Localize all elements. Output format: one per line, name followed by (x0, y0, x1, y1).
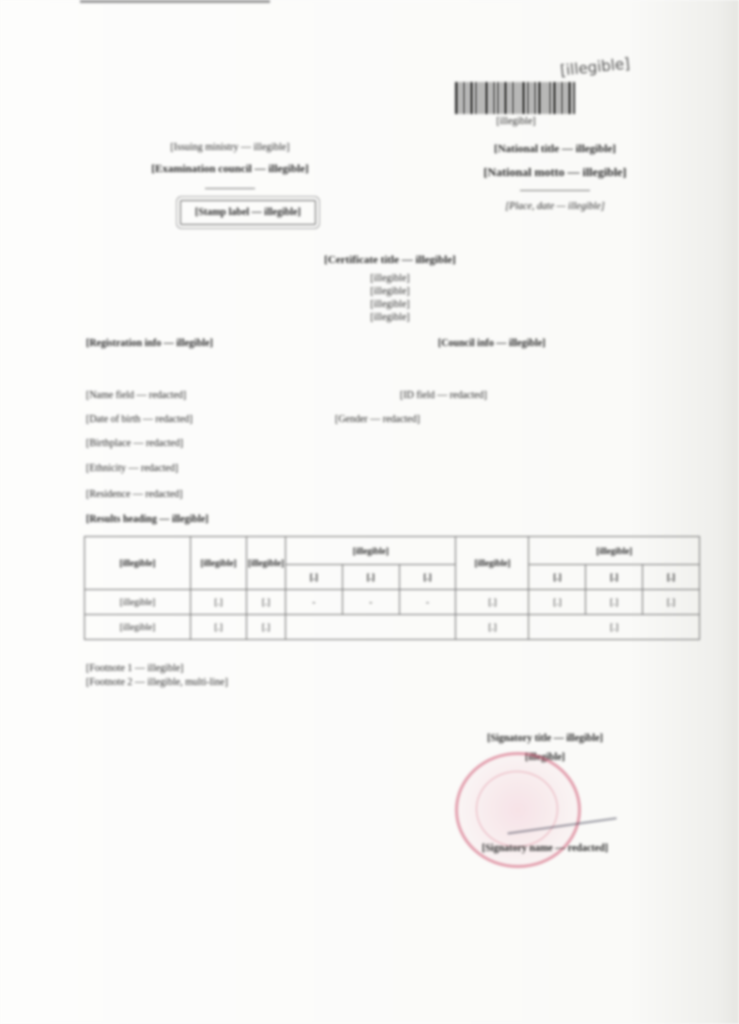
table-row: [illegible] [.] [.] [.] [.] (85, 615, 700, 640)
cell: - (342, 590, 399, 615)
header-a-sub: [.] (342, 565, 399, 590)
candidate-dob: [Date of birth — redacted] (86, 414, 193, 425)
divider (520, 190, 590, 191)
subtitle-line: [illegible] (200, 311, 580, 324)
registration-location: [Registration info — illegible] (86, 338, 386, 349)
candidate-name: [Name field — redacted] (86, 390, 186, 401)
candidate-residence: [Residence — redacted] (86, 489, 183, 500)
candidate-id: [ID field — redacted] (400, 390, 487, 401)
cell: [.] (456, 615, 529, 640)
handwritten-note: [illegible] (559, 54, 631, 79)
header-b-sub: [.] (529, 565, 586, 590)
row-label: [illegible] (85, 590, 191, 615)
place-and-date: [Place, date — illegible] (395, 201, 715, 212)
divider (205, 188, 255, 189)
cell: [.] (247, 615, 286, 640)
header-col3: [illegible] (247, 537, 286, 590)
footnote: [Footnote 1 — illegible] (86, 662, 706, 676)
copy-stamp-label: [Stamp label — illegible] (180, 200, 316, 225)
scan-edge-line (80, 0, 270, 3)
national-motto: [National motto — illegible] (395, 165, 715, 180)
subtitle-line: [illegible] (200, 272, 580, 285)
footnotes: [Footnote 1 — illegible] [Footnote 2 — i… (86, 662, 706, 690)
cell: [.] (191, 615, 247, 640)
row-label: [illegible] (85, 615, 191, 640)
barcode: [illegible] (455, 82, 577, 127)
cell: [.] (247, 590, 286, 615)
copy-stamp-box: [Stamp label — illegible] (180, 200, 316, 225)
barcode-caption: [illegible] (455, 116, 577, 127)
cell: [.] (586, 590, 643, 615)
subtitle-line: [illegible] (200, 285, 580, 298)
cell: - (286, 590, 343, 615)
header-mid: [illegible] (456, 537, 529, 590)
header-col2: [illegible] (191, 537, 247, 590)
table-row: [illegible] [.] [.] - - - [.] [.] [.] [.… (85, 590, 700, 615)
signatory-name: [Signatory name — redacted] (470, 843, 620, 854)
candidate-ethnicity: [Ethnicity — redacted] (86, 463, 178, 474)
cell: [.] (643, 590, 700, 615)
header-a-sub: [.] (399, 565, 456, 590)
cell: [.] (191, 590, 247, 615)
cell: [.] (456, 590, 529, 615)
issuing-ministry: [Issuing ministry — illegible] (60, 142, 400, 153)
candidate-gender: [Gender — redacted] (335, 414, 420, 425)
signatory-title: [Signatory title — illegible] (430, 733, 660, 744)
header-group-a: [illegible] (286, 537, 456, 565)
national-title: [National title — illegible] (395, 143, 715, 155)
header-group-b: [illegible] (529, 537, 700, 565)
certificate-title: [Certificate title — illegible] (200, 254, 580, 266)
exam-council-name: [Examination council — illegible] (60, 163, 400, 175)
cell: [.] (529, 590, 586, 615)
header-b-sub: [.] (586, 565, 643, 590)
exam-council-info: [Council info — illegible] (438, 338, 688, 349)
certificate-subtitle-lines: [illegible] [illegible] [illegible] [ill… (200, 272, 580, 324)
candidate-birthplace: [Birthplace — redacted] (86, 438, 183, 449)
header-subject: [illegible] (85, 537, 191, 590)
subtitle-line: [illegible] (200, 298, 580, 311)
results-heading: [Results heading — illegible] (86, 514, 209, 525)
cell: - (399, 590, 456, 615)
scanned-document-page: [illegible] [illegible] [Issuing ministr… (0, 0, 739, 1024)
header-b-sub: [.] (643, 565, 700, 590)
results-table: [illegible] [illegible] [illegible] [ill… (84, 536, 700, 640)
header-a-sub: [.] (286, 565, 343, 590)
footnote: [Footnote 2 — illegible, multi-line] (86, 676, 706, 690)
cell: [.] (529, 615, 700, 640)
cell (286, 615, 456, 640)
